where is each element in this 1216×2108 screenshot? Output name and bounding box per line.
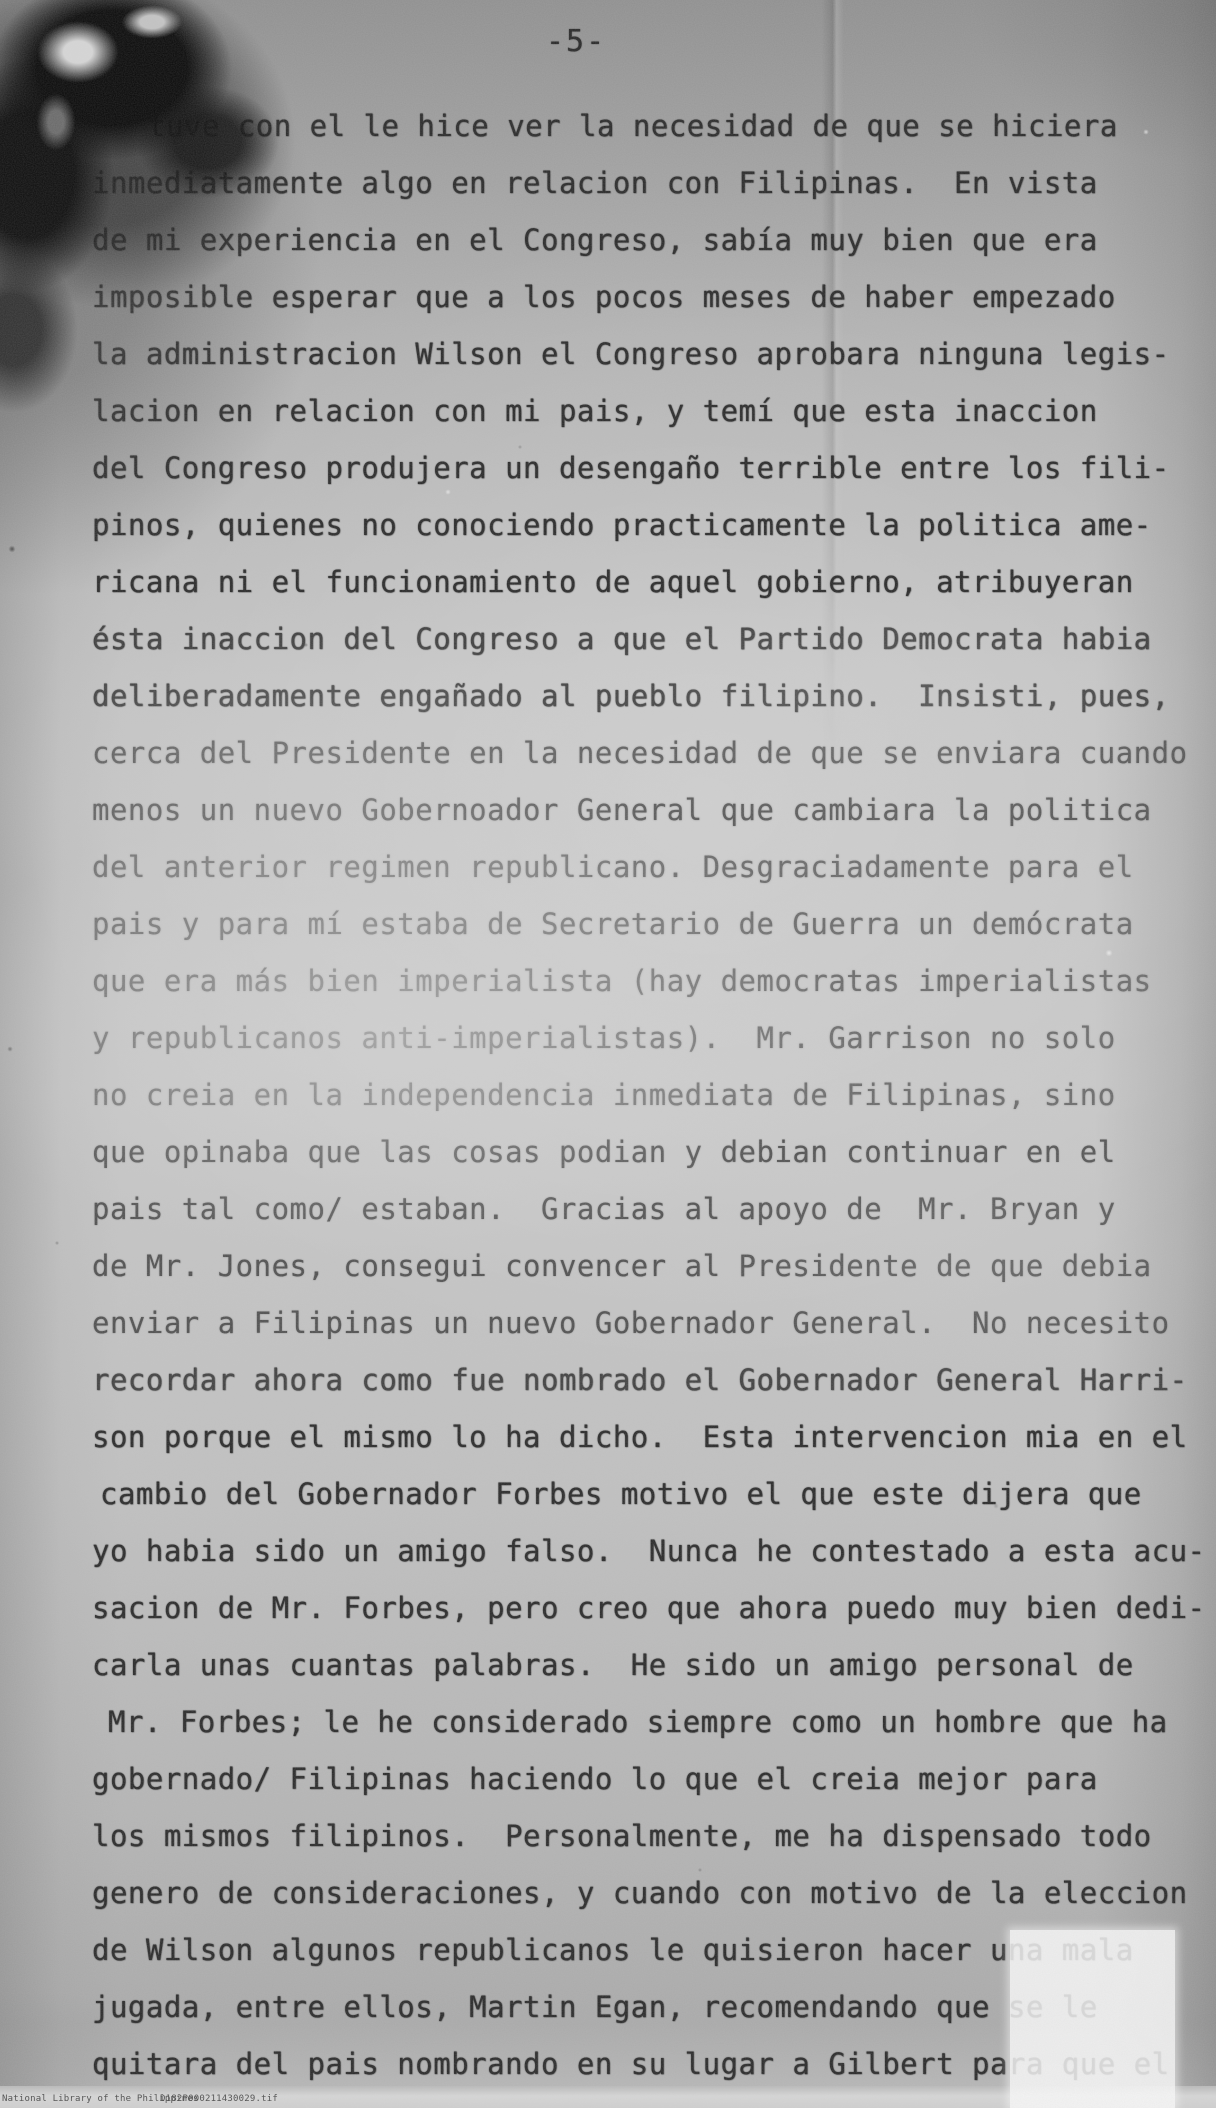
scanned-document-page: -5- tuve con el le hice ver la necesidad… bbox=[0, 0, 1216, 2108]
ink-blotch bbox=[0, 0, 560, 700]
overexposed-patch bbox=[1010, 1930, 1175, 2108]
footer-filename: D182P000211430029.tif bbox=[160, 2094, 278, 2104]
